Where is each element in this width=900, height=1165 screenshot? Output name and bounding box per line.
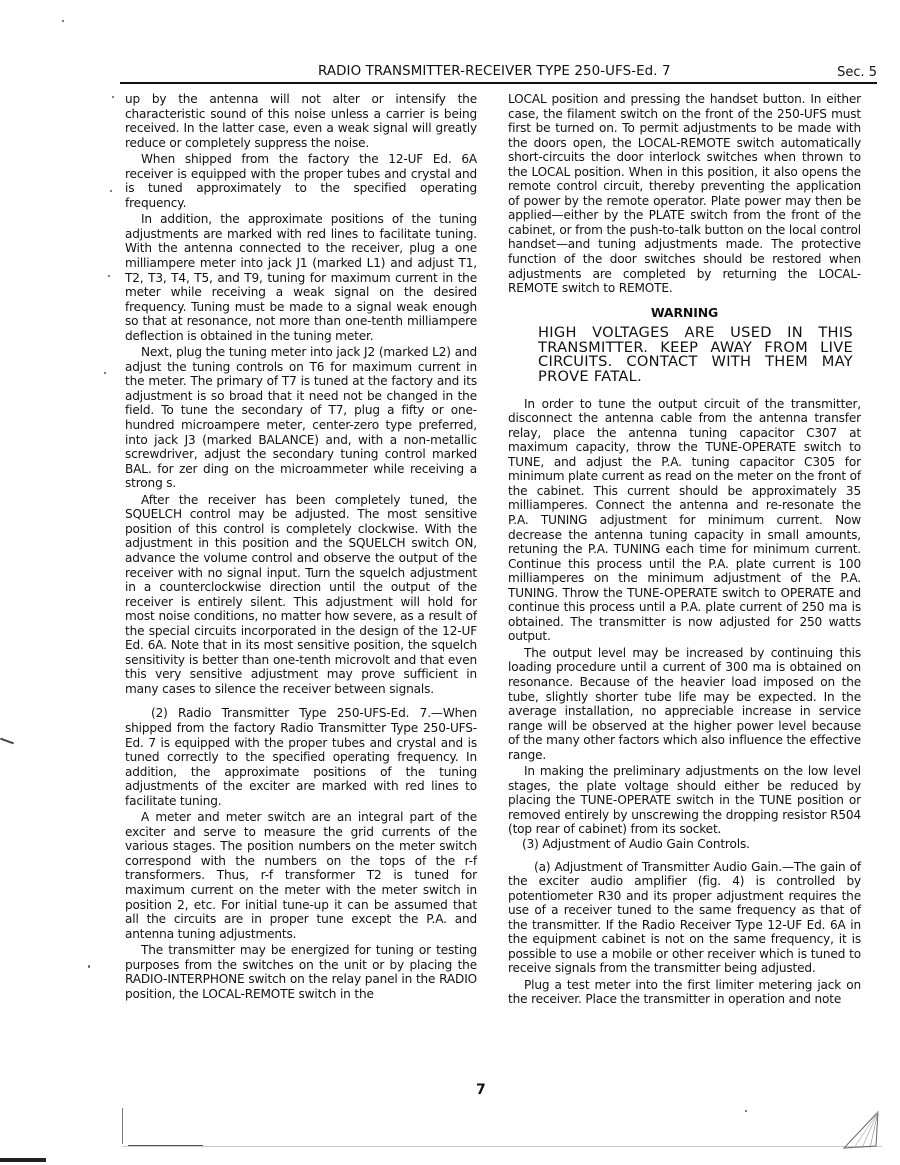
scan-mark	[0, 738, 14, 745]
running-header: RADIO TRANSMITTER-RECEIVER TYPE 250-UFS-…	[120, 62, 877, 84]
warning-body: HIGH VOLTAGES ARE USED IN THIS TRANSMITT…	[538, 326, 853, 384]
scan-speck	[104, 372, 106, 374]
header-title: RADIO TRANSMITTER-RECEIVER TYPE 250-UFS-…	[318, 64, 671, 79]
warning-heading: WARNING	[508, 306, 861, 321]
scan-edge-line	[122, 1146, 882, 1147]
subheading-audio-gain: (3) Adjustment of Audio Gain Controls.	[508, 837, 861, 852]
paragraph: The transmitter may be energized for tun…	[125, 943, 477, 1001]
paragraph: In addition, the approximate positions o…	[125, 212, 477, 343]
paragraph: After the receiver has been completely t…	[125, 493, 477, 697]
page-corner-curl-icon	[840, 1110, 880, 1150]
section-label: Sec. 5	[837, 65, 877, 80]
paragraph: The output level may be increased by con…	[508, 646, 861, 762]
scan-speck	[745, 1110, 747, 1112]
paragraph: A meter and meter switch are an integral…	[125, 810, 477, 941]
scan-speck	[88, 965, 90, 968]
right-column: LOCAL position and pressing the handset …	[508, 92, 861, 1007]
paragraph: LOCAL position and pressing the handset …	[508, 92, 861, 296]
paragraph: In order to tune the output circuit of t…	[508, 397, 861, 644]
scan-mark	[122, 1108, 123, 1144]
paragraph: Plug a test meter into the first limiter…	[508, 978, 861, 1007]
paragraph: Next, plug the tuning meter into jack J2…	[125, 345, 477, 490]
section-paragraph-transmitter: (2) Radio Transmitter Type 250-UFS-Ed. 7…	[125, 706, 477, 808]
paragraph: When shipped from the factory the 12-UF …	[125, 152, 477, 210]
paragraph: (a) Adjustment of Transmitter Audio Gain…	[508, 860, 861, 976]
scan-speck	[108, 275, 110, 277]
paragraph: In making the preliminary adjustments on…	[508, 764, 861, 837]
scan-speck	[62, 20, 64, 22]
left-column: up by the antenna will not alter or inte…	[125, 92, 477, 1001]
paragraph: up by the antenna will not alter or inte…	[125, 92, 477, 150]
scan-speck	[110, 190, 112, 192]
page-number: 7	[476, 1082, 486, 1098]
scan-edge-bar	[0, 1158, 46, 1162]
scan-speck	[112, 96, 114, 98]
